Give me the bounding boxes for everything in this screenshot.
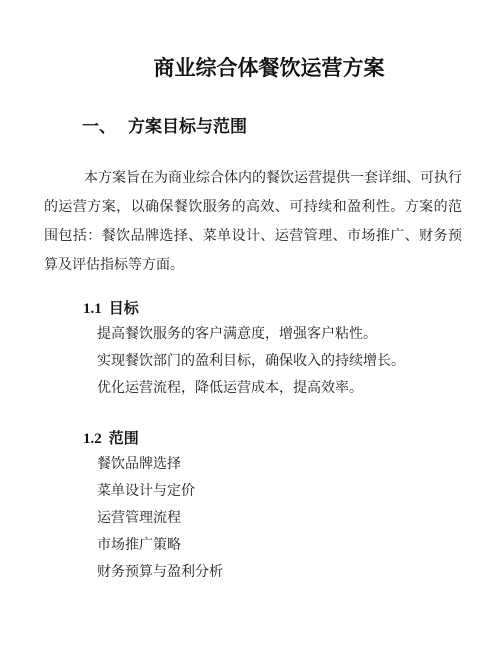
subsection-goals: 1.1目标 提高餐饮服务的客户满意度，增强客户粘性。 实现餐饮部门的盈利目标，确… — [44, 299, 462, 402]
scope-list-item: 菜单设计与定价 — [97, 478, 462, 505]
subsection-scope-number: 1.2 — [83, 431, 102, 447]
subsection-goals-heading: 1.1目标 — [83, 299, 462, 319]
document-title: 商业综合体餐饮运营方案 — [44, 56, 462, 82]
scope-list-item: 运营管理流程 — [97, 505, 462, 532]
goals-list-item: 提高餐饮服务的客户满意度，增强客户粘性。 — [97, 321, 462, 348]
document-page: 商业综合体餐饮运营方案 一、方案目标与范围 本方案旨在为商业综合体内的餐饮运营提… — [0, 0, 500, 647]
section-heading-number: 一、 — [82, 117, 116, 136]
subsection-goals-number: 1.1 — [83, 301, 102, 317]
goals-list-item: 实现餐饮部门的盈利目标，确保收入的持续增长。 — [97, 348, 462, 375]
scope-list-item: 市场推广策略 — [97, 532, 462, 559]
section-heading: 一、方案目标与范围 — [82, 116, 462, 138]
goals-list: 提高餐饮服务的客户满意度，增强客户粘性。 实现餐饮部门的盈利目标，确保收入的持续… — [97, 321, 462, 402]
scope-list-item: 餐饮品牌选择 — [97, 451, 462, 478]
goals-list-item: 优化运营流程，降低运营成本，提高效率。 — [97, 375, 462, 402]
intro-paragraph: 本方案旨在为商业综合体内的餐饮运营提供一套详细、可执行的运营方案，以确保餐饮服务… — [44, 164, 462, 280]
scope-list-item: 财务预算与盈利分析 — [97, 559, 462, 586]
subsection-scope-title: 范围 — [109, 430, 139, 447]
subsection-scope: 1.2范围 餐饮品牌选择 菜单设计与定价 运营管理流程 市场推广策略 财务预算与… — [44, 429, 462, 586]
subsection-scope-heading: 1.2范围 — [83, 429, 462, 449]
subsection-goals-title: 目标 — [109, 300, 139, 317]
section-heading-text: 方案目标与范围 — [128, 117, 247, 136]
scope-list: 餐饮品牌选择 菜单设计与定价 运营管理流程 市场推广策略 财务预算与盈利分析 — [97, 451, 462, 586]
